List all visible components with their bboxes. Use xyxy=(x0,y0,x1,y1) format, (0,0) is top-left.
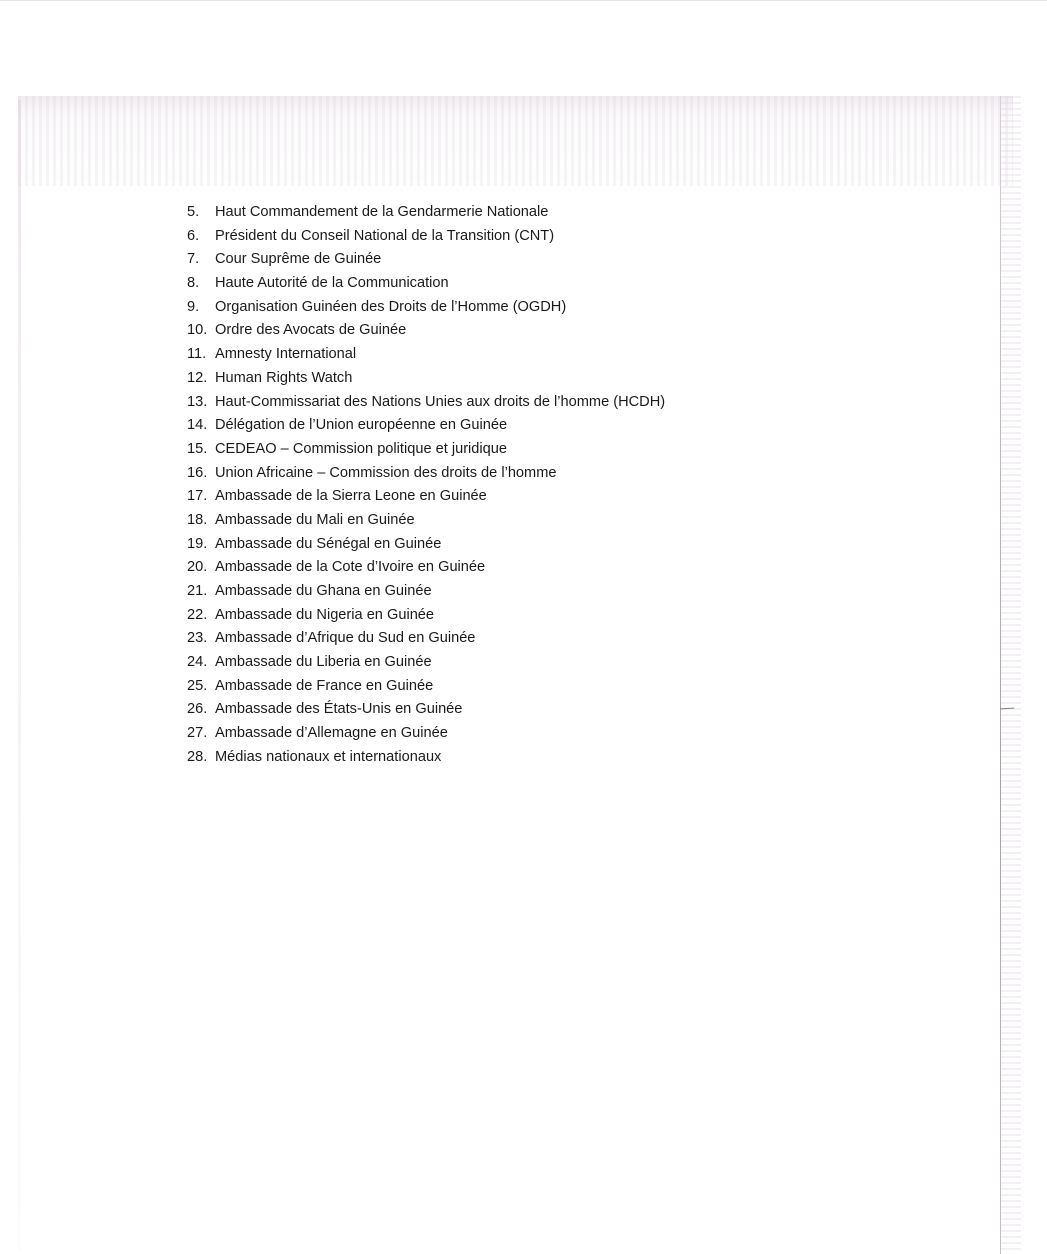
list-item-number: 9. xyxy=(187,297,215,321)
list-item-text: Ordre des Avocats de Guinée xyxy=(215,320,406,344)
list-item: 10.Ordre des Avocats de Guinée xyxy=(187,320,665,344)
list-item-number: 19. xyxy=(187,534,215,558)
list-item: 17.Ambassade de la Sierra Leone en Guiné… xyxy=(187,486,665,510)
list-item-text: Ambassade de la Sierra Leone en Guinée xyxy=(215,486,487,510)
list-item-text: Médias nationaux et internationaux xyxy=(215,747,441,771)
list-item-text: Organisation Guinéen des Droits de l’Hom… xyxy=(215,297,566,321)
list-item-text: Haut Commandement de la Gendarmerie Nati… xyxy=(215,202,548,226)
list-item: 18.Ambassade du Mali en Guinée xyxy=(187,510,665,534)
page-edge-line xyxy=(1000,96,1001,1254)
list-item-text: CEDEAO – Commission politique et juridiq… xyxy=(215,439,507,463)
list-item: 6.Président du Conseil National de la Tr… xyxy=(187,226,665,250)
list-item: 22.Ambassade du Nigeria en Guinée xyxy=(187,605,665,629)
list-item-text: Président du Conseil National de la Tran… xyxy=(215,226,554,250)
list-item-number: 21. xyxy=(187,581,215,605)
page-top-border xyxy=(0,0,1047,1)
list-item-number: 26. xyxy=(187,699,215,723)
list-item: 27.Ambassade d’Allemagne en Guinée xyxy=(187,723,665,747)
list-item: 9.Organisation Guinéen des Droits de l’H… xyxy=(187,297,665,321)
list-item-number: 25. xyxy=(187,676,215,700)
list-item-number: 6. xyxy=(187,226,215,250)
list-item-number: 14. xyxy=(187,415,215,439)
list-item-number: 27. xyxy=(187,723,215,747)
list-item-text: Human Rights Watch xyxy=(215,368,352,392)
scan-right-margin xyxy=(1001,96,1021,1254)
list-item: 26.Ambassade des États-Unis en Guinée xyxy=(187,699,665,723)
list-item: 8.Haute Autorité de la Communication xyxy=(187,273,665,297)
list-item: 21.Ambassade du Ghana en Guinée xyxy=(187,581,665,605)
list-item-number: 7. xyxy=(187,249,215,273)
list-item-number: 10. xyxy=(187,320,215,344)
list-item-text: Amnesty International xyxy=(215,344,356,368)
list-item: 11.Amnesty International xyxy=(187,344,665,368)
list-item: 25.Ambassade de France en Guinée xyxy=(187,676,665,700)
list-item-text: Délégation de l’Union européenne en Guin… xyxy=(215,415,507,439)
list-item-text: Ambassade du Sénégal en Guinée xyxy=(215,534,441,558)
list-item-text: Ambassade du Liberia en Guinée xyxy=(215,652,432,676)
list-item-text: Haut-Commissariat des Nations Unies aux … xyxy=(215,392,665,416)
list-item-number: 8. xyxy=(187,273,215,297)
list-item-text: Cour Suprême de Guinée xyxy=(215,249,381,273)
list-item-text: Ambassade du Ghana en Guinée xyxy=(215,581,432,605)
list-item-number: 22. xyxy=(187,605,215,629)
list-item-text: Ambassade d’Afrique du Sud en Guinée xyxy=(215,628,475,652)
list-item-number: 12. xyxy=(187,368,215,392)
list-item-number: 15. xyxy=(187,439,215,463)
list-item: 5.Haut Commandement de la Gendarmerie Na… xyxy=(187,202,665,226)
list-item-text: Ambassade de France en Guinée xyxy=(215,676,433,700)
list-item-number: 13. xyxy=(187,392,215,416)
list-item: 13.Haut-Commissariat des Nations Unies a… xyxy=(187,392,665,416)
list-item-text: Ambassade du Mali en Guinée xyxy=(215,510,415,534)
list-item-text: Union Africaine – Commission des droits … xyxy=(215,463,556,487)
list-item-text: Ambassade des États-Unis en Guinée xyxy=(215,699,462,723)
scan-left-shade xyxy=(18,100,21,1250)
list-item-number: 5. xyxy=(187,202,215,226)
list-item: 20.Ambassade de la Cote d’Ivoire en Guin… xyxy=(187,557,665,581)
scan-noise-band xyxy=(18,96,1013,186)
list-item-text: Ambassade du Nigeria en Guinée xyxy=(215,605,434,629)
list-item-text: Ambassade de la Cote d’Ivoire en Guinée xyxy=(215,557,485,581)
list-item-number: 24. xyxy=(187,652,215,676)
list-item: 7.Cour Suprême de Guinée xyxy=(187,249,665,273)
list-item: 24.Ambassade du Liberia en Guinée xyxy=(187,652,665,676)
list-item: 15.CEDEAO – Commission politique et juri… xyxy=(187,439,665,463)
list-item-text: Haute Autorité de la Communication xyxy=(215,273,449,297)
list-item-number: 17. xyxy=(187,486,215,510)
list-item-number: 11. xyxy=(187,344,215,368)
list-item: 19.Ambassade du Sénégal en Guinée xyxy=(187,534,665,558)
list-item: 28.Médias nationaux et internationaux xyxy=(187,747,665,771)
list-item-number: 28. xyxy=(187,747,215,771)
recipient-list: 5.Haut Commandement de la Gendarmerie Na… xyxy=(187,202,665,771)
list-item: 16.Union Africaine – Commission des droi… xyxy=(187,463,665,487)
list-item: 12.Human Rights Watch xyxy=(187,368,665,392)
list-item: 14.Délégation de l’Union européenne en G… xyxy=(187,415,665,439)
list-item-number: 16. xyxy=(187,463,215,487)
list-item-number: 18. xyxy=(187,510,215,534)
list-item-number: 20. xyxy=(187,557,215,581)
list-item-text: Ambassade d’Allemagne en Guinée xyxy=(215,723,448,747)
list-item: 23.Ambassade d’Afrique du Sud en Guinée xyxy=(187,628,665,652)
list-item-number: 23. xyxy=(187,628,215,652)
